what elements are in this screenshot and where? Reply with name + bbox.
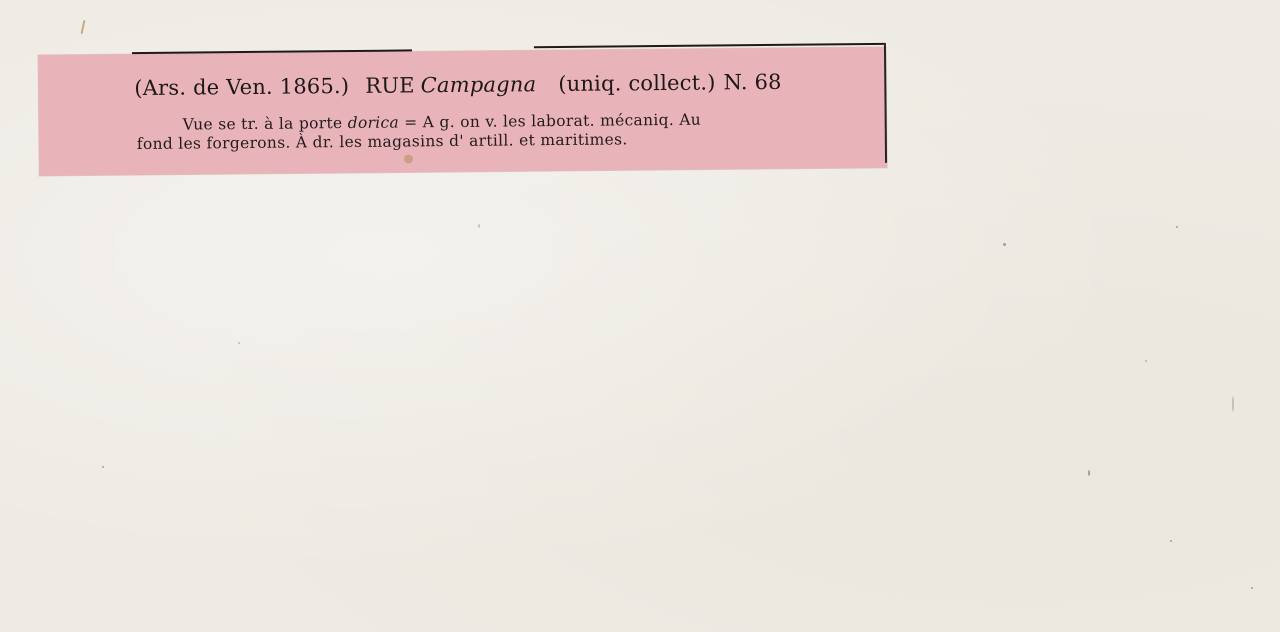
label-title: (Ars. de Ven. 1865.)RUECampagna(uniq. co… xyxy=(134,69,874,100)
speck xyxy=(478,224,480,228)
speck xyxy=(102,466,104,468)
label-top-rule xyxy=(132,49,412,54)
speck xyxy=(1145,360,1147,362)
speck xyxy=(238,342,240,344)
speck xyxy=(1088,470,1090,476)
speck xyxy=(1176,226,1178,228)
pink-label: (Ars. de Ven. 1865.)RUECampagna(uniq. co… xyxy=(38,47,887,176)
item-number: N. 68 xyxy=(723,70,781,95)
source-reference: (Ars. de Ven. 1865.) xyxy=(134,74,349,100)
collection-note: (uniq. collect.) xyxy=(558,70,716,96)
stain-spot xyxy=(404,154,413,163)
speck xyxy=(1232,396,1234,412)
speck xyxy=(1251,587,1253,589)
rue-prefix: RUE xyxy=(365,73,415,97)
label-description: Vue se tr. à la porte dorica = A g. on v… xyxy=(137,109,873,154)
description-text: Vue se tr. à la porte xyxy=(183,114,348,134)
card-back: (Ars. de Ven. 1865.)RUECampagna(uniq. co… xyxy=(0,0,1280,632)
label-right-rule xyxy=(884,43,887,163)
description-italic: dorica xyxy=(348,114,400,132)
speck xyxy=(1170,540,1172,542)
street-name: Campagna xyxy=(421,72,537,97)
speck xyxy=(1003,243,1006,246)
label-top-rule xyxy=(534,43,884,48)
ink-mark xyxy=(81,20,86,34)
description-text: = A g. on v. les laborat. mécaniq. Au xyxy=(399,111,701,132)
